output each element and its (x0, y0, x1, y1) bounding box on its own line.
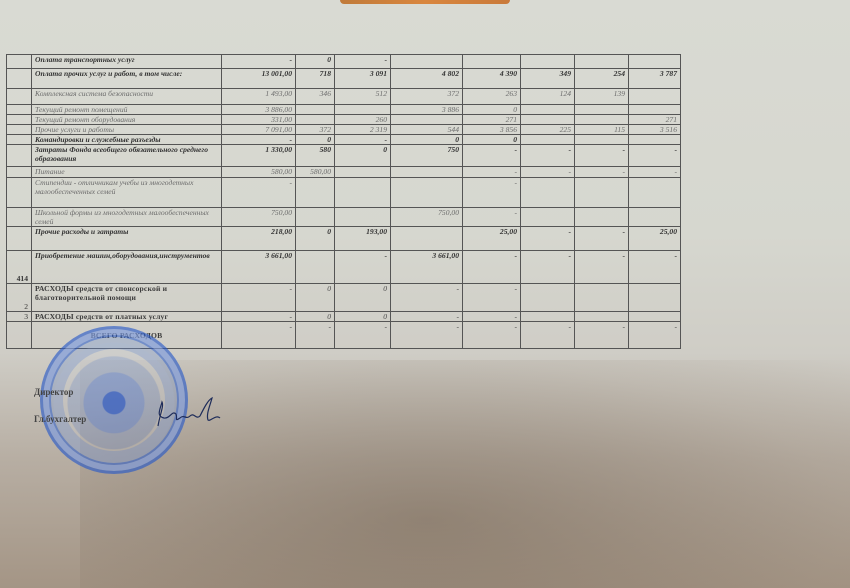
director-label: Директор (34, 387, 73, 397)
row-code (7, 178, 32, 208)
value-cell: 139 (575, 89, 629, 105)
row-label: Текущий ремонт оборудования (32, 115, 222, 125)
value-cell: - (335, 135, 391, 145)
value-cell: 1 330,00 (222, 145, 296, 167)
value-cell (521, 115, 575, 125)
value-cell: 0 (391, 135, 463, 145)
row-label: Прочие расходы и затраты (32, 227, 222, 251)
row-label: РАСХОДЫ средств от спонсорской и благотв… (32, 284, 222, 312)
value-cell: - (296, 322, 335, 349)
row-label: Приобретение машин,оборудования,инструме… (32, 251, 222, 284)
value-cell (629, 208, 681, 227)
value-cell: 0 (296, 312, 335, 322)
value-cell (521, 178, 575, 208)
value-cell: - (463, 322, 521, 349)
value-cell (521, 105, 575, 115)
value-cell: 718 (296, 69, 335, 89)
value-cell (521, 208, 575, 227)
value-cell: 3 886 (391, 105, 463, 115)
value-cell (391, 178, 463, 208)
row-label: Оплата транспортных услуг (32, 55, 222, 69)
table-row: Командировки и служебные разъезды-0-00 (7, 135, 681, 145)
value-cell (335, 167, 391, 178)
value-cell: 0 (463, 105, 521, 115)
value-cell: - (521, 322, 575, 349)
value-cell: - (521, 251, 575, 284)
row-code (7, 135, 32, 145)
value-cell: 225 (521, 125, 575, 135)
value-cell: 331,00 (222, 115, 296, 125)
value-cell: - (629, 145, 681, 167)
value-cell: - (629, 322, 681, 349)
value-cell: 580,00 (296, 167, 335, 178)
value-cell: - (222, 322, 296, 349)
row-label: Прочие услуги и работы (32, 125, 222, 135)
value-cell: 13 001,00 (222, 69, 296, 89)
value-cell: - (575, 227, 629, 251)
value-cell: 0 (335, 312, 391, 322)
value-cell: 750,00 (222, 208, 296, 227)
value-cell (521, 55, 575, 69)
row-code (7, 167, 32, 178)
row-label: Затраты Фонда всеобщего обязательного ср… (32, 145, 222, 167)
value-cell: - (391, 312, 463, 322)
value-cell: 750,00 (391, 208, 463, 227)
value-cell: - (335, 55, 391, 69)
value-cell (296, 178, 335, 208)
value-cell (629, 135, 681, 145)
value-cell: 193,00 (335, 227, 391, 251)
row-label: РАСХОДЫ средств от платных услуг (32, 312, 222, 322)
value-cell: 544 (391, 125, 463, 135)
value-cell: - (222, 55, 296, 69)
value-cell: - (629, 167, 681, 178)
table-row: Оплата транспортных услуг-0- (7, 55, 681, 69)
value-cell (296, 208, 335, 227)
value-cell: 3 856 (463, 125, 521, 135)
row-label: Школьной формы из многодетных малообеспе… (32, 208, 222, 227)
value-cell: 254 (575, 69, 629, 89)
value-cell (391, 115, 463, 125)
table-row: Оплата прочих услуг и работ, в том числе… (7, 69, 681, 89)
value-cell: 7 091,00 (222, 125, 296, 135)
row-code (7, 115, 32, 125)
row-code (7, 69, 32, 89)
value-cell: 346 (296, 89, 335, 105)
value-cell (296, 105, 335, 115)
row-label: Стипендии - отличникам учебы из многодет… (32, 178, 222, 208)
value-cell: 0 (463, 135, 521, 145)
value-cell: 124 (521, 89, 575, 105)
value-cell: - (222, 284, 296, 312)
row-code (7, 145, 32, 167)
row-code (7, 227, 32, 251)
value-cell: 271 (629, 115, 681, 125)
table-row: Текущий ремонт помещений3 886,003 8860 (7, 105, 681, 115)
value-cell: 4 390 (463, 69, 521, 89)
value-cell: - (335, 322, 391, 349)
value-cell: 115 (575, 125, 629, 135)
value-cell: - (222, 312, 296, 322)
row-label: Командировки и служебные разъезды (32, 135, 222, 145)
value-cell: 25,00 (629, 227, 681, 251)
value-cell: - (575, 167, 629, 178)
value-cell (629, 312, 681, 322)
value-cell (575, 55, 629, 69)
value-cell (521, 312, 575, 322)
row-code (7, 105, 32, 115)
value-cell (575, 105, 629, 115)
table-row: Стипендии - отличникам учебы из многодет… (7, 178, 681, 208)
value-cell: 372 (391, 89, 463, 105)
value-cell: 25,00 (463, 227, 521, 251)
value-cell: - (335, 251, 391, 284)
value-cell: 0 (296, 135, 335, 145)
table-row: Прочие расходы и затраты218,000193,0025,… (7, 227, 681, 251)
value-cell (463, 55, 521, 69)
value-cell: - (521, 167, 575, 178)
value-cell (575, 135, 629, 145)
value-cell (575, 312, 629, 322)
value-cell: - (391, 284, 463, 312)
row-code: 2 (7, 284, 32, 312)
table-row: Питание580,00580,00---- (7, 167, 681, 178)
value-cell (521, 284, 575, 312)
value-cell: - (575, 145, 629, 167)
value-cell: - (575, 251, 629, 284)
value-cell: 0 (296, 55, 335, 69)
value-cell: 0 (335, 284, 391, 312)
row-code (7, 89, 32, 105)
value-cell: - (575, 322, 629, 349)
value-cell (629, 178, 681, 208)
value-cell: 263 (463, 89, 521, 105)
value-cell: - (222, 178, 296, 208)
table-row: 2РАСХОДЫ средств от спонсорской и благот… (7, 284, 681, 312)
value-cell (575, 284, 629, 312)
value-cell: 3 516 (629, 125, 681, 135)
value-cell (521, 135, 575, 145)
value-cell: 4 802 (391, 69, 463, 89)
table-row: Текущий ремонт оборудования331,002602712… (7, 115, 681, 125)
value-cell: - (463, 178, 521, 208)
table-row: 3РАСХОДЫ средств от платных услуг-00-- (7, 312, 681, 322)
row-label: Оплата прочих услуг и работ, в том числе… (32, 69, 222, 89)
value-cell: 349 (521, 69, 575, 89)
row-label: Текущий ремонт помещений (32, 105, 222, 115)
value-cell (575, 115, 629, 125)
row-code: 414 (7, 251, 32, 284)
row-code (7, 55, 32, 69)
table-row: Затраты Фонда всеобщего обязательного ср… (7, 145, 681, 167)
row-label: Питание (32, 167, 222, 178)
value-cell (629, 105, 681, 115)
value-cell: 0 (296, 227, 335, 251)
value-cell (335, 178, 391, 208)
value-cell: 580 (296, 145, 335, 167)
value-cell: 3 886,00 (222, 105, 296, 115)
value-cell: - (521, 227, 575, 251)
value-cell: 3 661,00 (391, 251, 463, 284)
value-cell (629, 89, 681, 105)
value-cell: 260 (335, 115, 391, 125)
value-cell: - (391, 322, 463, 349)
value-cell (391, 55, 463, 69)
value-cell: 1 493,00 (222, 89, 296, 105)
value-cell: - (463, 312, 521, 322)
table-row: 414Приобретение машин,оборудования,инстр… (7, 251, 681, 284)
value-cell: 218,00 (222, 227, 296, 251)
value-cell (575, 208, 629, 227)
row-code: 3 (7, 312, 32, 322)
value-cell (296, 251, 335, 284)
value-cell: 580,00 (222, 167, 296, 178)
value-cell (335, 208, 391, 227)
value-cell: - (521, 145, 575, 167)
value-cell (391, 227, 463, 251)
value-cell: 271 (463, 115, 521, 125)
value-cell: 3 787 (629, 69, 681, 89)
value-cell: - (463, 145, 521, 167)
value-cell: - (463, 251, 521, 284)
value-cell: - (629, 251, 681, 284)
table-row: Школьной формы из многодетных малообеспе… (7, 208, 681, 227)
signature-icon (150, 396, 230, 432)
value-cell: 2 319 (335, 125, 391, 135)
value-cell (296, 115, 335, 125)
value-cell: 3 661,00 (222, 251, 296, 284)
value-cell: 0 (296, 284, 335, 312)
value-cell: 372 (296, 125, 335, 135)
document-page: Оплата транспортных услуг-0-Оплата прочи… (0, 0, 850, 588)
row-code (7, 208, 32, 227)
value-cell: - (463, 284, 521, 312)
row-code (7, 125, 32, 135)
value-cell: 512 (335, 89, 391, 105)
expense-table: Оплата транспортных услуг-0-Оплата прочи… (6, 54, 681, 349)
value-cell: 3 091 (335, 69, 391, 89)
value-cell (575, 178, 629, 208)
value-cell (391, 167, 463, 178)
row-label: Комплексная система безопасности (32, 89, 222, 105)
accountant-label: Гл.бухгалтер (34, 414, 86, 424)
value-cell: - (222, 135, 296, 145)
value-cell (335, 105, 391, 115)
table-row: Комплексная система безопасности1 493,00… (7, 89, 681, 105)
value-cell: - (463, 167, 521, 178)
row-code (7, 322, 32, 349)
table-row: Прочие услуги и работы7 091,003722 31954… (7, 125, 681, 135)
value-cell (629, 284, 681, 312)
value-cell: - (463, 208, 521, 227)
value-cell: 0 (335, 145, 391, 167)
value-cell: 750 (391, 145, 463, 167)
value-cell (629, 55, 681, 69)
